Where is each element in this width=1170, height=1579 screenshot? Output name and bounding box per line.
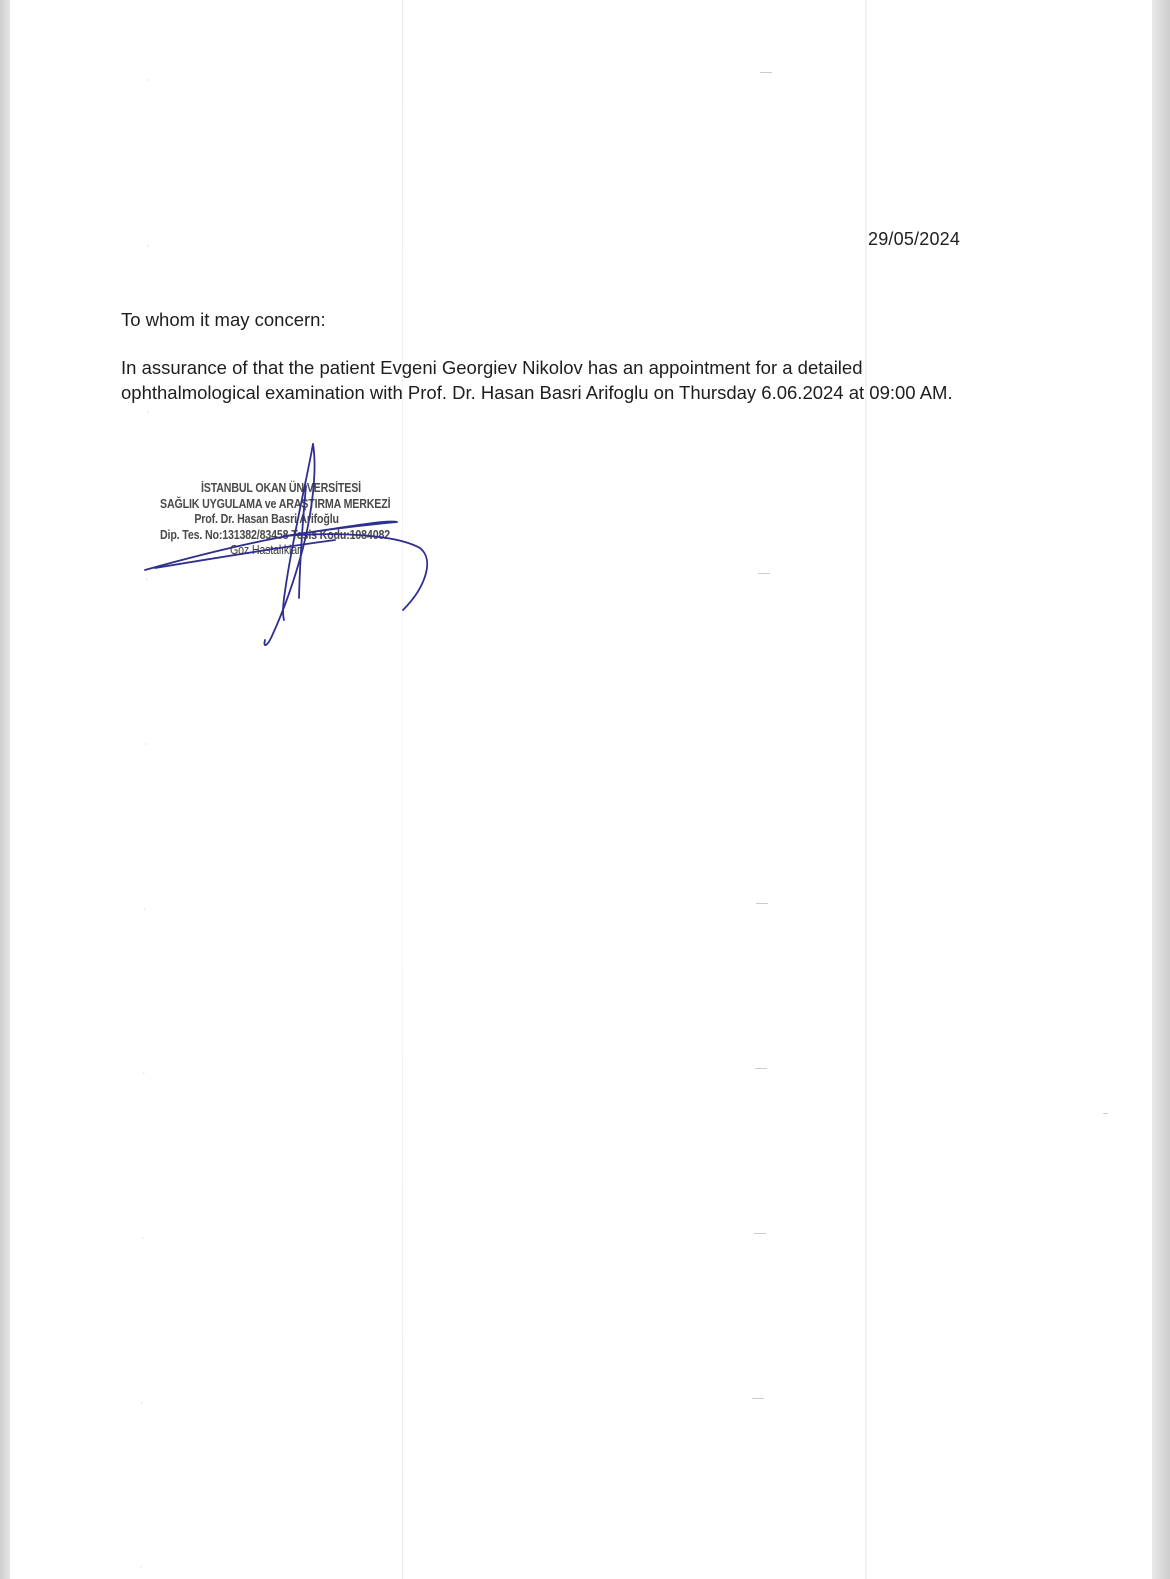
fold-line [865,0,867,1579]
scan-mark [760,72,772,73]
scan-mark [755,1068,767,1069]
scan-speck [145,742,163,746]
scan-speck [147,410,165,414]
letter-date: 29/05/2024 [868,229,960,250]
stamp-line: Dip. Tes. No:131382/83458 Tesis Kodu:108… [160,527,373,543]
scan-speck [147,244,165,248]
body-line: In assurance of that the patient Evgeni … [121,355,1001,380]
scan-mark [754,1233,766,1234]
scan-mark [752,1398,764,1399]
stamp-line: İSTANBUL OKAN ÜNİVERSİTESİ [160,480,373,496]
stamp-line: Göz Hastalıkları [160,542,373,558]
body-line: ophthalmological examination with Prof. … [121,380,1001,405]
institution-stamp: İSTANBUL OKAN ÜNİVERSİTESİ SAĞLIK UYGULA… [160,480,373,558]
scan-mark [758,573,770,574]
scan-edge-right [1152,0,1170,1579]
stamp-line: Prof. Dr. Hasan Basri Arifoğlu [160,511,373,527]
scan-edge-left [0,0,10,1579]
scan-mark [756,903,768,904]
scan-mark [1103,1113,1108,1114]
scan-speck [143,1071,161,1075]
stamp-line: SAĞLIK UYGULAMA ve ARAŞTIRMA MERKEZİ [160,496,373,512]
scan-speck [142,1236,160,1240]
document-page [10,0,1152,1579]
scan-speck [140,1565,158,1569]
scan-speck [148,78,166,82]
scan-speck [141,1401,159,1405]
fold-line [402,0,403,1579]
salutation: To whom it may concern: [121,309,326,331]
letter-body: In assurance of that the patient Evgeni … [121,355,1001,405]
scan-speck [144,907,162,911]
scan-speck [146,577,164,581]
